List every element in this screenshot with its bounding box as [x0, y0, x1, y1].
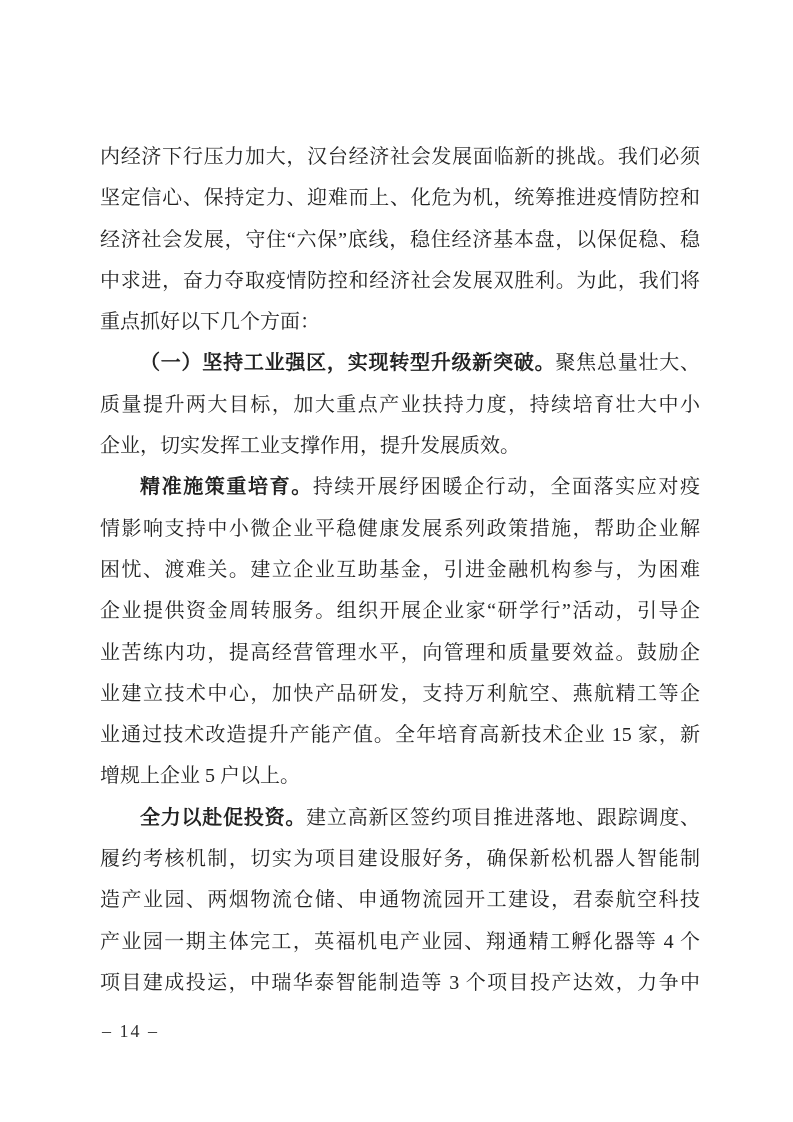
document-body: 内经济下行压力加大，汉台经济社会发展面临新的挑战。我们必须坚定信心、保持定力、迎…: [100, 137, 700, 1004]
text-run: 困忧、渡难关。建立企业互助基金，引进金融机构参与，为困难: [100, 559, 700, 581]
text-run: 持续开展纾困暖企行动，全面落实应对疫: [313, 476, 700, 498]
text-run: 企业，切实发挥工业支撑作用，提升发展质效。: [100, 435, 520, 457]
text-line: 造产业园、两烟物流仓储、申通物流园开工建设，君泰航空科技: [100, 880, 700, 921]
text-line: 业苦练内功，提高经营管理水平，向管理和质量要效益。鼓励企: [100, 633, 700, 674]
text-line: 情影响支持中小微企业平稳健康发展系列政策措施，帮助企业解: [100, 509, 700, 550]
text-run: 经济社会发展，守住“六保”底线，稳住经济基本盘，以保促稳、稳: [100, 229, 700, 251]
text-line: 产业园一期主体完工，英福机电产业园、翔通精工孵化器等 4 个: [100, 922, 700, 963]
text-run: 中求进，奋力夺取疫情防控和经济社会发展双胜利。为此，我们将: [100, 270, 700, 292]
text-run: 建立高新区签约项目推进落地、跟踪调度、: [306, 807, 700, 829]
text-run: 情影响支持中小微企业平稳健康发展系列政策措施，帮助企业解: [100, 518, 700, 540]
text-line: 增规上企业 5 户以上。: [100, 756, 700, 797]
paragraph: 全力以赴促投资。建立高新区签约项目推进落地、跟踪调度、履约考核机制，切实为项目建…: [100, 798, 700, 1004]
text-run: 企业提供资金周转服务。组织开展企业家“研学行”活动，引导企: [100, 600, 700, 622]
text-line: 坚定信心、保持定力、迎难而上、化危为机，统筹推进疫情防控和: [100, 178, 700, 219]
text-run: 履约考核机制，切实为项目建设服好务，确保新松机器人智能制: [100, 848, 700, 870]
text-line: 经济社会发展，守住“六保”底线，稳住经济基本盘，以保促稳、稳: [100, 220, 700, 261]
text-run: 内经济下行压力加大，汉台经济社会发展面临新的挑战。我们必须: [100, 146, 700, 168]
bold-text-run: （一）坚持工业强区，实现转型升级新突破。: [140, 352, 555, 374]
text-line: 全力以赴促投资。建立高新区签约项目推进落地、跟踪调度、: [100, 798, 700, 839]
paragraph: 精准施策重培育。持续开展纾困暖企行动，全面落实应对疫情影响支持中小微企业平稳健康…: [100, 467, 700, 797]
text-run: 业通过技术改造提升产能产值。全年培育高新技术企业 15 家，新: [100, 724, 700, 746]
text-line: 履约考核机制，切实为项目建设服好务，确保新松机器人智能制: [100, 839, 700, 880]
text-line: 质量提升两大目标，加大重点产业扶持力度，持续培育壮大中小: [100, 385, 700, 426]
text-line: 企业提供资金周转服务。组织开展企业家“研学行”活动，引导企: [100, 591, 700, 632]
bold-text-run: 全力以赴促投资。: [140, 807, 306, 829]
document-page: 内经济下行压力加大，汉台经济社会发展面临新的挑战。我们必须坚定信心、保持定力、迎…: [0, 0, 793, 1122]
text-line: 项目建成投运，中瑞华泰智能制造等 3 个项目投产达效，力争中: [100, 963, 700, 1004]
bold-text-run: 精准施策重培育。: [140, 476, 313, 498]
text-run: 项目建成投运，中瑞华泰智能制造等 3 个项目投产达效，力争中: [100, 972, 700, 994]
paragraph: 内经济下行压力加大，汉台经济社会发展面临新的挑战。我们必须坚定信心、保持定力、迎…: [100, 137, 700, 343]
text-run: 质量提升两大目标，加大重点产业扶持力度，持续培育壮大中小: [100, 394, 700, 416]
text-line: 企业，切实发挥工业支撑作用，提升发展质效。: [100, 426, 700, 467]
text-line: 重点抓好以下几个方面：: [100, 302, 700, 343]
text-run: 坚定信心、保持定力、迎难而上、化危为机，统筹推进疫情防控和: [100, 187, 700, 209]
text-run: 重点抓好以下几个方面：: [100, 311, 320, 333]
text-line: 业通过技术改造提升产能产值。全年培育高新技术企业 15 家，新: [100, 715, 700, 756]
text-line: 困忧、渡难关。建立企业互助基金，引进金融机构参与，为困难: [100, 550, 700, 591]
text-line: 业建立技术中心，加快产品研发，支持万利航空、燕航精工等企: [100, 674, 700, 715]
paragraph: （一）坚持工业强区，实现转型升级新突破。聚焦总量壮大、质量提升两大目标，加大重点…: [100, 343, 700, 467]
text-line: 中求进，奋力夺取疫情防控和经济社会发展双胜利。为此，我们将: [100, 261, 700, 302]
text-run: 聚焦总量壮大、: [555, 352, 700, 374]
text-line: （一）坚持工业强区，实现转型升级新突破。聚焦总量壮大、: [100, 343, 700, 384]
text-run: 产业园一期主体完工，英福机电产业园、翔通精工孵化器等 4 个: [100, 931, 700, 953]
text-line: 内经济下行压力加大，汉台经济社会发展面临新的挑战。我们必须: [100, 137, 700, 178]
text-line: 精准施策重培育。持续开展纾困暖企行动，全面落实应对疫: [100, 467, 700, 508]
text-run: 造产业园、两烟物流仓储、申通物流园开工建设，君泰航空科技: [100, 889, 700, 911]
text-run: 业建立技术中心，加快产品研发，支持万利航空、燕航精工等企: [100, 683, 700, 705]
text-run: 增规上企业 5 户以上。: [100, 765, 300, 787]
text-run: 业苦练内功，提高经营管理水平，向管理和质量要效益。鼓励企: [100, 642, 700, 664]
page-number: – 14 –: [102, 1021, 159, 1042]
